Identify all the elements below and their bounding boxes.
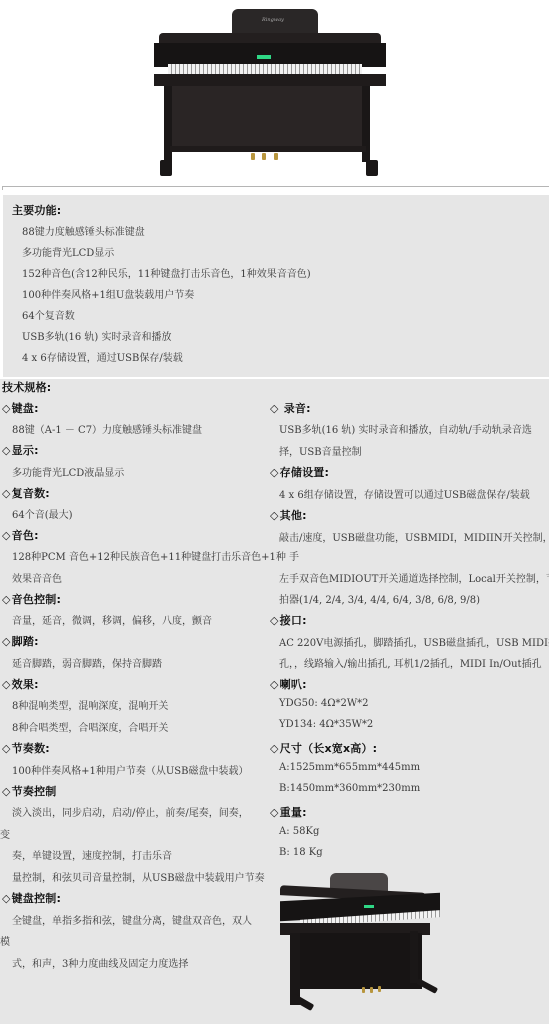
section-separator	[0, 377, 549, 379]
spec-value: USB多轨(16 轨) 实时录音和播放，自动轨/手动轨录音选	[279, 421, 532, 436]
spec-value: 100种伴奏风格+1种用户节奏（从USB磁盘中装载）	[12, 762, 248, 777]
spec-value: 64个音(最大)	[12, 506, 73, 521]
diamond-icon: ◇	[270, 678, 279, 691]
spec-value: YD134: 4Ω*35W*2	[279, 719, 373, 730]
feature-item: 100种伴奏风格+1组U盘装载用户节奏	[22, 286, 194, 301]
spec-value: 88键（A-1 － C7）力度触感锤头标准键盘	[12, 421, 202, 436]
spec-value: B:1450mm*360mm*230mm	[279, 783, 420, 794]
spec-value: 淡入淡出，同步启动，启动/停止，前奏/尾奏，间奏，	[12, 804, 249, 819]
spec-value: 左手双音色MIDIOUT开关通道选择控制，Local开关控制，节	[279, 570, 549, 585]
diamond-icon: ◇	[2, 892, 11, 905]
spec-value: YDG50: 4Ω*2W*2	[279, 698, 369, 709]
feature-item: 多功能背光LCD显示	[22, 244, 114, 259]
diamond-icon: ◇	[2, 487, 11, 500]
diamond-icon: ◇	[2, 593, 11, 606]
spec-value: A:1525mm*655mm*445mm	[279, 762, 420, 773]
spec-heading-polyphony: ◇复音数:	[2, 485, 50, 501]
specifications-title: 技术规格:	[2, 379, 51, 395]
diamond-icon: ◇	[2, 678, 11, 691]
spec-heading-dimensions: ◇尺寸（长x宽x高）:	[270, 740, 377, 756]
spec-value: 孔，，线路输入/输出插孔, 耳机1/2插孔，MIDI In/Out插孔	[279, 655, 542, 670]
spec-heading-pedals: ◇脚踏:	[2, 633, 39, 649]
specifications-section: 技术规格: ◇键盘: 88键（A-1 － C7）力度触感锤头标准键盘 ◇显示: …	[0, 379, 549, 1024]
spec-value: 4 x 6组存储设置，存储设置可以通过USB磁盘保存/装载	[279, 486, 530, 501]
spec-heading-interfaces: ◇接口:	[270, 612, 307, 628]
diamond-icon: ◇	[270, 614, 279, 627]
spec-value: AC 220V电源插孔，脚踏插孔，USB磁盘插孔，USB MIDI插	[279, 634, 549, 649]
spec-value: 拍器(1/4, 2/4, 3/4, 4/4, 6/4, 3/8, 6/8, 9/…	[279, 591, 480, 606]
divider-line	[2, 186, 549, 187]
spec-heading-keyboard: ◇键盘:	[2, 400, 39, 416]
spec-heading-effects: ◇效果:	[2, 676, 39, 692]
main-features-title: 主要功能:	[12, 202, 61, 218]
piano-angled-image	[278, 873, 448, 1013]
spec-heading-voices: ◇音色:	[2, 527, 39, 543]
spec-heading-registration: ◇存储设置:	[270, 464, 329, 480]
spec-value: 128种PCM 音色+12种民族音色+11种键盘打击乐音色+1种 手	[12, 548, 299, 563]
main-features-section: 主要功能: 88键力度触感锤头标准键盘 多功能背光LCD显示 152种音色(含1…	[3, 195, 549, 377]
spec-value: 奏，单键设置，速度控制，打击乐音	[12, 847, 172, 862]
diamond-icon: ◇	[270, 509, 279, 522]
spec-value: 效果音音色	[12, 570, 62, 585]
spec-value: 延音脚踏，弱音脚踏，保持音脚踏	[12, 655, 162, 670]
spec-value: 模	[0, 933, 10, 948]
diamond-icon: ◇	[2, 444, 11, 457]
feature-item: 152种音色(含12种民乐，11种键盘打击乐音色，1种效果音音色)	[22, 265, 311, 280]
brand-logo: Ringway	[262, 17, 284, 23]
diamond-icon: ◇	[270, 742, 279, 755]
feature-item: 64个复音数	[22, 307, 75, 322]
spec-heading-keyboard-control: ◇键盘控制:	[2, 890, 61, 906]
feature-item: USB多轨(16 轨) 实时录音和播放	[22, 328, 172, 343]
diamond-icon: ◇	[2, 402, 11, 415]
spec-value: 全键盘，单指多指和弦，键盘分离，键盘双音色，双人	[12, 912, 252, 927]
spec-value: 择，USB音量控制	[279, 443, 362, 458]
divider-tick	[2, 186, 3, 190]
spec-heading-weight: ◇重量:	[270, 804, 307, 820]
spec-heading-speakers: ◇喇叭:	[270, 676, 307, 692]
spec-value: 量控制，和弦贝司音量控制，从USB磁盘中装载用户节奏	[12, 869, 265, 884]
product-image-area: Ringway	[0, 0, 549, 186]
spec-value: 8种合唱类型，合唱深度，合唱开关	[12, 719, 168, 734]
spec-heading-rhythms: ◇节奏数:	[2, 740, 50, 756]
spec-heading-other: ◇其他:	[270, 507, 307, 523]
spec-value: 多功能背光LCD液晶显示	[12, 464, 124, 479]
spec-heading-display: ◇显示:	[2, 442, 39, 458]
spec-value: 音量，延音，微调，移调，偏移，八度，颤音	[12, 612, 212, 627]
diamond-icon: ◇	[270, 466, 279, 479]
diamond-icon: ◇	[2, 785, 11, 798]
piano-front-image: Ringway	[150, 0, 390, 180]
feature-item: 4 x 6存储设置，通过USB保存/装载	[22, 349, 183, 364]
spec-heading-recording: ◇ 录音:	[270, 400, 311, 416]
spec-heading-voice-control: ◇音色控制:	[2, 591, 61, 607]
diamond-icon: ◇	[2, 635, 11, 648]
spec-heading-rhythm-control: ◇节奏控制	[2, 783, 56, 799]
spec-value: 变	[0, 826, 10, 841]
diamond-icon: ◇	[270, 402, 279, 415]
spec-value: B: 18 Kg	[279, 847, 323, 858]
spec-value: 式，和声，3种力度曲线及固定力度选择	[12, 955, 188, 970]
diamond-icon: ◇	[2, 529, 11, 542]
spec-value: A: 58Kg	[279, 826, 319, 837]
diamond-icon: ◇	[2, 742, 11, 755]
spec-value: 8种混响类型，混响深度，混响开关	[12, 697, 168, 712]
diamond-icon: ◇	[270, 806, 279, 819]
feature-item: 88键力度触感锤头标准键盘	[22, 223, 145, 238]
spec-value: 敲击/速度，USB磁盘功能，USBMIDI，MIDIIN开关控制，右	[279, 529, 549, 544]
